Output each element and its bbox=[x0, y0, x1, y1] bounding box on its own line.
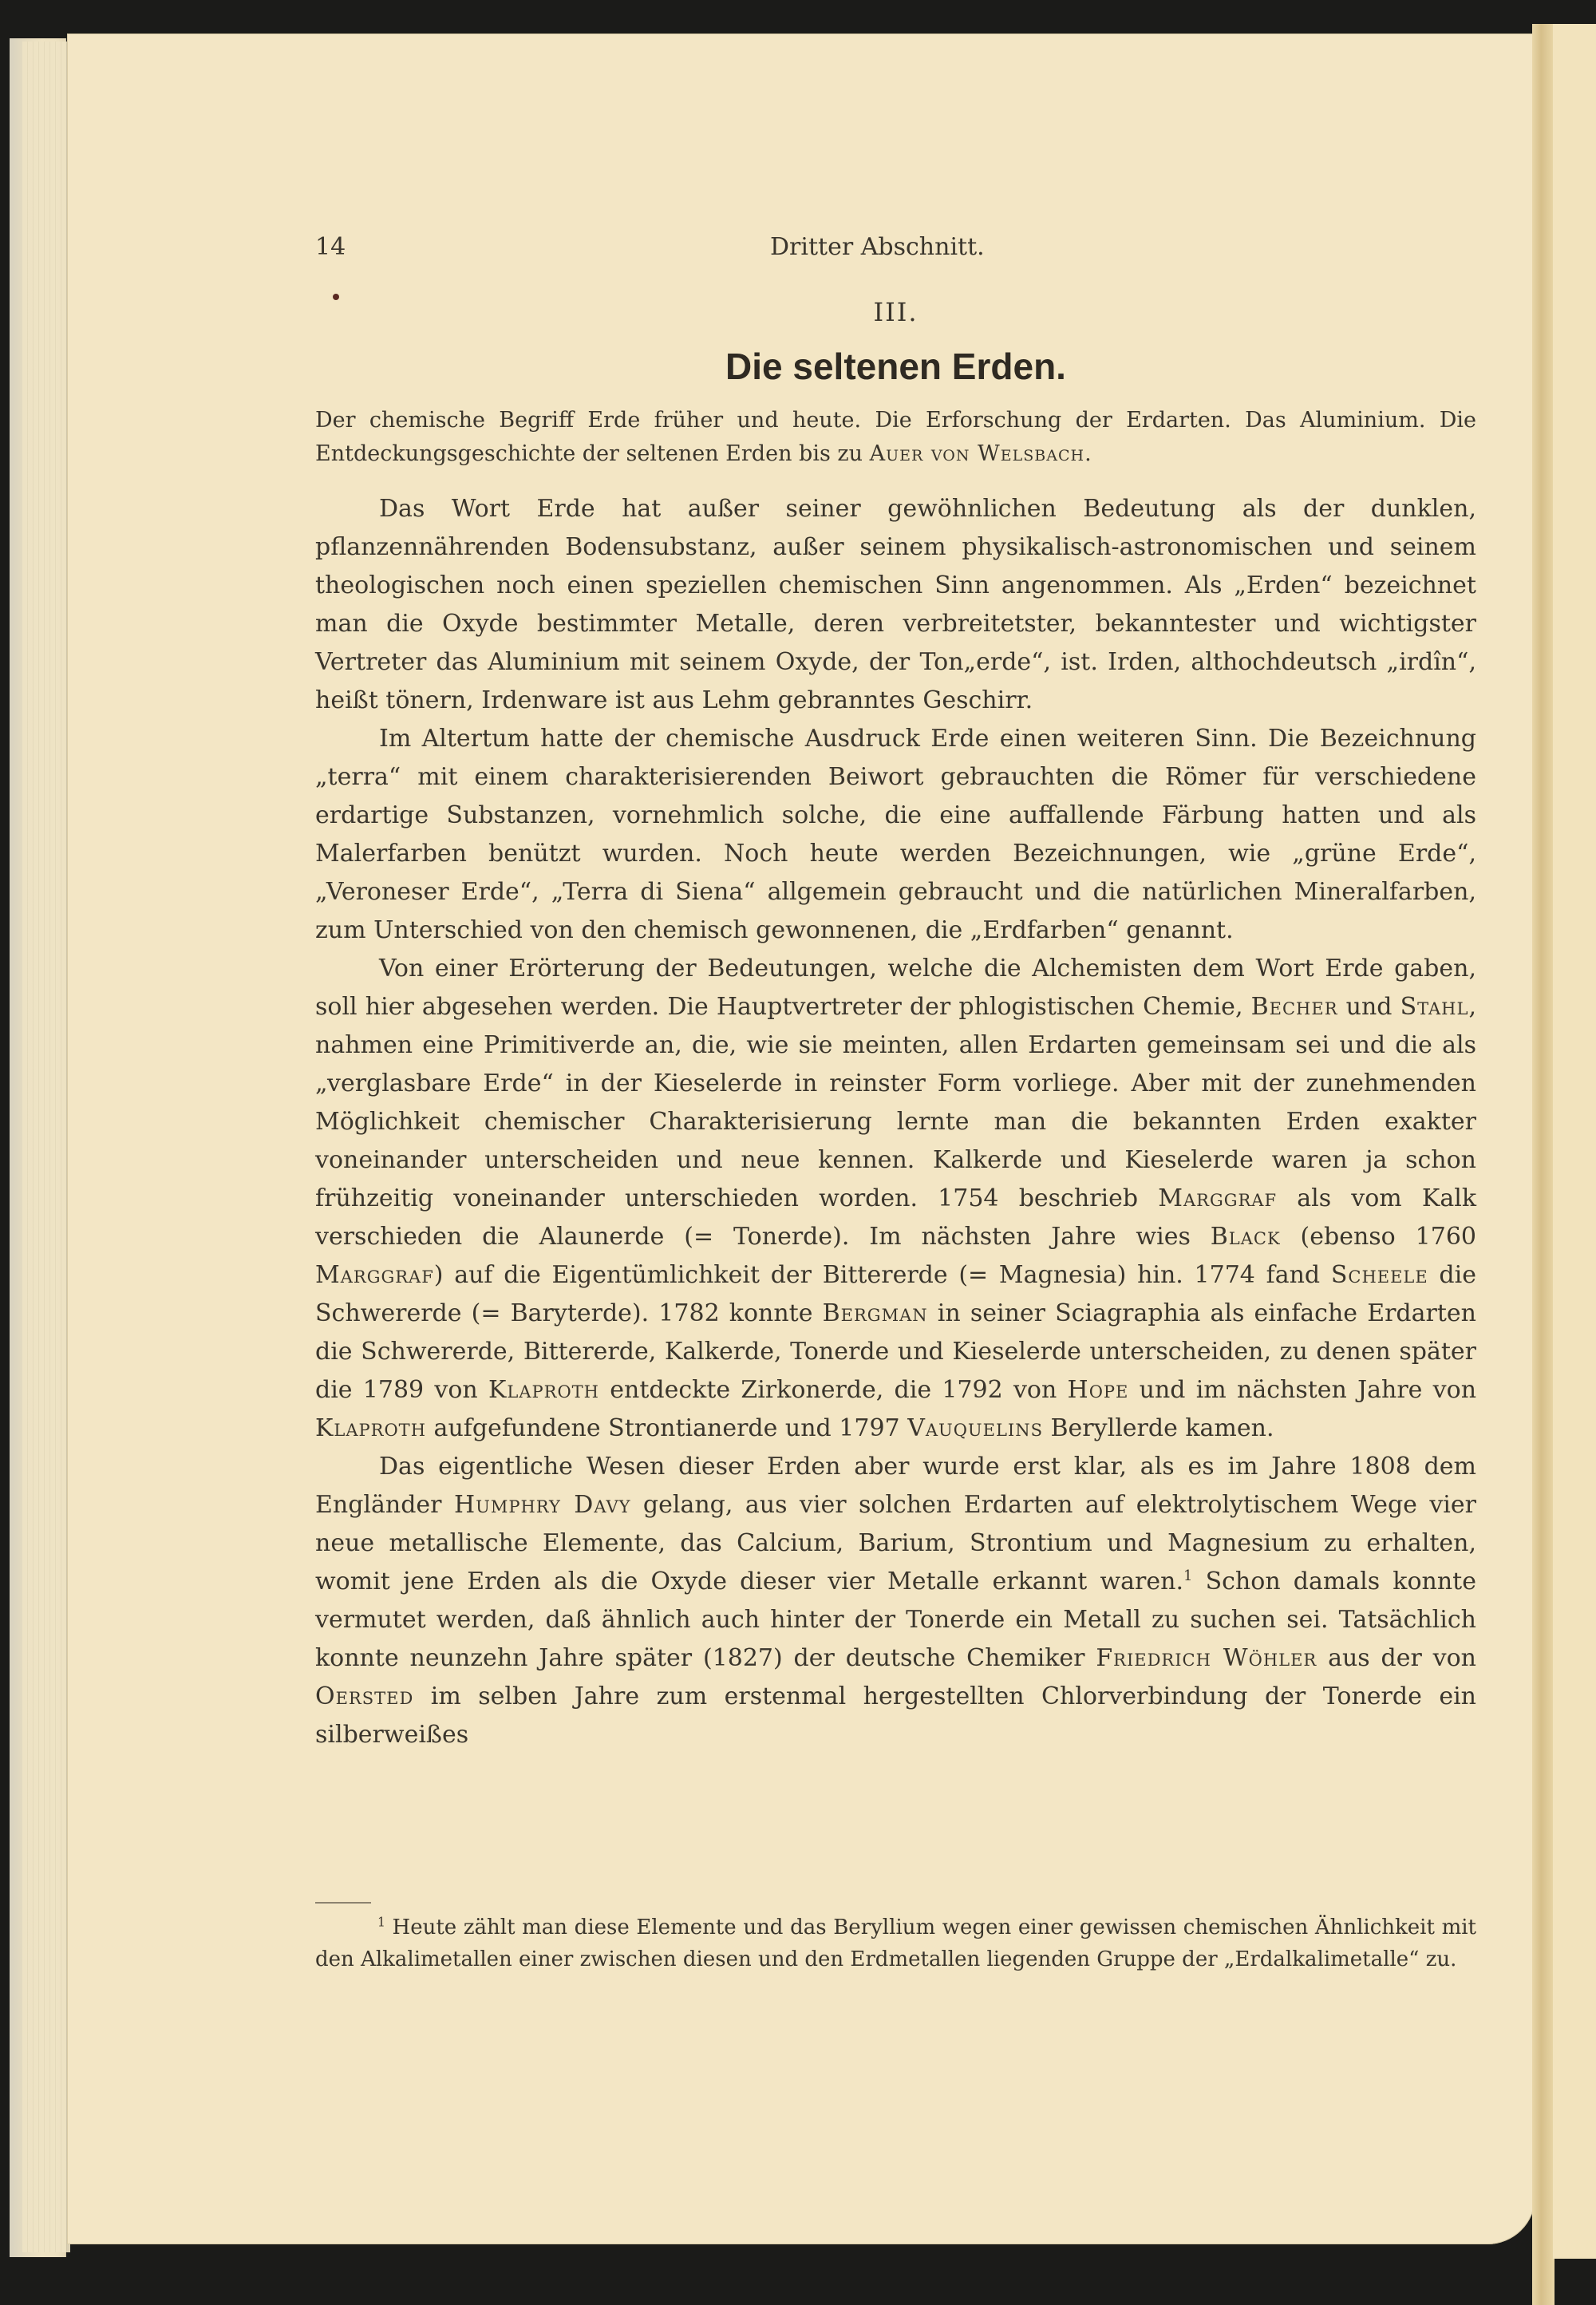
footnote-marker: 1 bbox=[377, 1915, 385, 1929]
text-run: Beryllerde kamen. bbox=[1043, 1414, 1274, 1442]
person-name: Klaproth bbox=[488, 1376, 599, 1404]
person-name: Hope bbox=[1068, 1376, 1129, 1404]
person-name: Becher bbox=[1251, 993, 1338, 1021]
person-name: Oersted bbox=[315, 1682, 413, 1710]
footnote: 1 Heute zählt man diese Elemente und das… bbox=[315, 1912, 1476, 1975]
chapter-title: Die seltenen Erden. bbox=[315, 345, 1476, 388]
chapter-summary: Der chemische Begriff Erde früher und he… bbox=[315, 404, 1476, 471]
text-run: aus der von bbox=[1317, 1644, 1476, 1672]
footnote-divider bbox=[315, 1902, 371, 1904]
paragraph-2: Im Altertum hatte der chemische Ausdruck… bbox=[315, 720, 1476, 950]
footnote-reference[interactable]: 1 bbox=[1183, 1568, 1192, 1584]
person-name: Bergman bbox=[823, 1299, 928, 1327]
person-name: Marggraf bbox=[1158, 1184, 1277, 1212]
text-run: und im nächsten Jahre von bbox=[1128, 1376, 1476, 1404]
person-name: Marggraf bbox=[315, 1261, 434, 1289]
person-name: Scheele bbox=[1331, 1261, 1428, 1289]
page-number: 14 bbox=[315, 233, 346, 261]
body-text: Das Wort Erde hat außer seiner gewöhnlic… bbox=[315, 490, 1476, 1754]
person-name: Klaproth bbox=[315, 1414, 426, 1442]
text-run: aufgefundene Strontianerde und 1797 bbox=[426, 1414, 907, 1442]
text-run: im selben Jahre zum erstenmal hergestell… bbox=[315, 1682, 1476, 1749]
person-name: Stahl bbox=[1400, 993, 1469, 1021]
person-name: Vauquelins bbox=[907, 1414, 1043, 1442]
paragraph-4: Das eigentliche Wesen dieser Erden aber … bbox=[315, 1448, 1476, 1754]
running-title: Dritter Abschnitt. bbox=[770, 233, 985, 261]
facing-page-edge bbox=[1553, 24, 1596, 2259]
page-stack-leaves bbox=[22, 42, 70, 2252]
paragraph-3: Von einer Erörterung der Bedeutungen, we… bbox=[315, 950, 1476, 1448]
paragraph-1: Das Wort Erde hat außer seiner gewöhnlic… bbox=[315, 490, 1476, 720]
text-run: ) auf die Eigentümlichkeit der Bittererd… bbox=[434, 1261, 1331, 1289]
chapter-number: III. bbox=[315, 297, 1476, 327]
footnote-text: Heute zählt man diese Elemente und das B… bbox=[315, 1916, 1476, 1971]
text-run: entdeckte Zirkonerde, die 1792 von bbox=[599, 1376, 1068, 1404]
summary-person-name: Auer von Welsbach bbox=[870, 441, 1085, 466]
running-head: 14 Dritter Abschnitt. bbox=[315, 233, 1476, 265]
text-run: und bbox=[1338, 993, 1400, 1021]
person-name: Humphry Davy bbox=[454, 1491, 630, 1519]
text-run: (ebenso 1760 bbox=[1281, 1223, 1476, 1251]
text-run: , nahmen eine Primitiverde an, die, wie … bbox=[315, 993, 1476, 1212]
person-name: Black bbox=[1211, 1223, 1281, 1251]
person-name: Friedrich Wöhler bbox=[1096, 1644, 1317, 1672]
summary-end: . bbox=[1084, 441, 1092, 466]
book-gutter bbox=[1532, 24, 1555, 2305]
